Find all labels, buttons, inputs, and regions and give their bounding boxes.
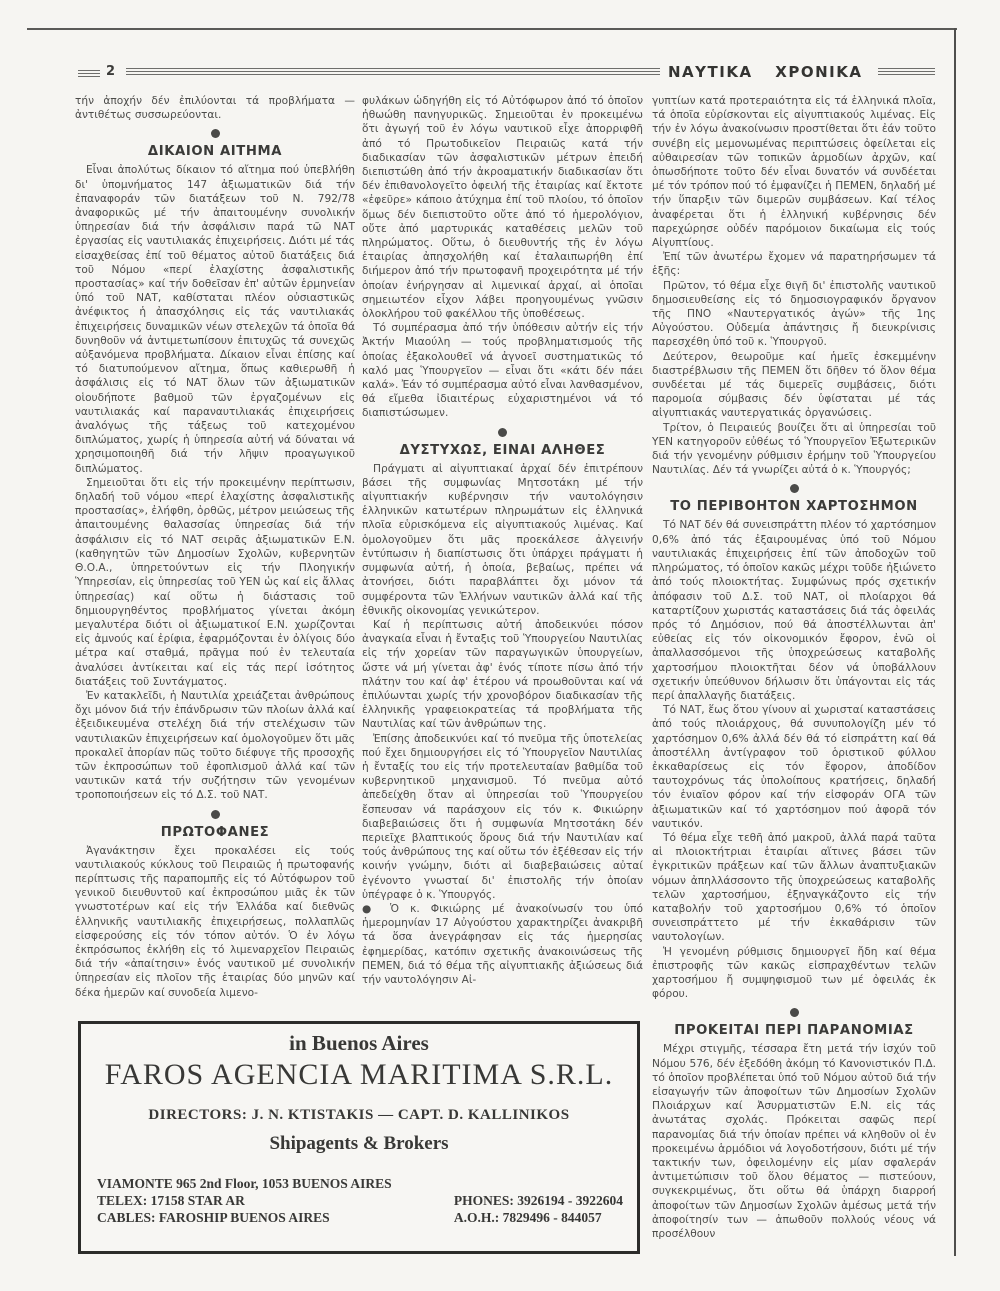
column-3: γυπτίων κατά προτεραιότητα εἰς τά ἑλληνι… [652,94,936,1256]
ad-address: VIAMONTE 965 2nd Floor, 1053 BUENOS AIRE… [97,1175,392,1192]
header-rule-center [126,68,660,77]
page-number: 2 [106,64,115,79]
ad-directors-line: DIRECTORS: J. N. KTISTAKIS — CAPT. D. KA… [81,1107,637,1124]
section-separator-dot [498,428,507,437]
section-title-dystyxos: ΔΥΣΤΥΧΩΣ, ΕΙΝΑΙ ΑΛΗΘΕΣ [362,443,643,459]
header-rule-left [78,70,100,77]
column-2: φυλάκων ὡδηγήθη εἰς τό Αὐτόφωρον ἀπό τό … [362,94,643,1016]
column-1: τήν ἀποχήν δέν ἐπιλύονται τά προβλήματα … [75,94,355,1016]
paragraph: Τό ΝΑΤ δέν θά συνεισπράττη πλέον τό χαρτ… [652,518,936,703]
section-separator-dot [211,129,220,138]
paragraph: Εἶναι ἀπολύτως δίκαιον τό αἴτημα πού ὑπε… [75,163,355,475]
ad-phones: PHONES: 3926194 - 3922604 [454,1192,623,1209]
paragraph: Ἀγανάκτησιν ἔχει προκαλέσει εἰς τούς ναυ… [75,844,355,1000]
paragraph-continuation: γυπτίων κατά προτεραιότητα εἰς τά ἑλληνι… [652,94,936,250]
paragraph: Τρίτον, ὁ Πειραιεύς βουίζει ὅτι αἱ ὑπηρε… [652,421,936,478]
ad-contact-left: VIAMONTE 965 2nd Floor, 1053 BUENOS AIRE… [97,1175,392,1226]
section-title-protofanes: ΠΡΩΤΟΦΑΝΕΣ [75,825,355,841]
page-right-edge-rule [954,28,956,1256]
paragraph-bulleted: ● Ὁ κ. Φικιώρης μέ ἀνακοίνωσίν του ὑπό ἡ… [362,902,643,987]
paragraph: Πράγματι αἱ αἰγυπτιακαί ἀρχαί δέν ἐπιτρέ… [362,462,643,618]
ad-cables: CABLES: FAROSHIP BUENOS AIRES [97,1209,392,1226]
ad-location-line: in Buenos Aires [81,1031,637,1056]
paragraph-continuation: φυλάκων ὡδηγήθη εἰς τό Αὐτόφωρον ἀπό τό … [362,94,643,321]
scanned-newspaper-page: 2 ΝΑΥΤΙΚΑ ΧΡΟΝΙΚΑ τήν ἀποχήν δέν ἐπιλύον… [0,0,1000,1291]
paragraph: Τό θέμα εἶχε τεθῆ ἀπό μακροῦ, ἀλλά παρά … [652,831,936,945]
advertisement-box: in Buenos Aires FAROS AGENCIA MARITIMA S… [78,1021,640,1254]
ad-aoh: A.O.H.: 7829496 - 844057 [454,1209,623,1226]
paragraph: Μέχρι στιγμῆς, τέσσαρα ἔτη μετά τήν ἰσχύ… [652,1042,936,1241]
header-rule-right [878,68,935,77]
ad-tagline: Shipagents & Brokers [81,1133,637,1155]
paragraph: Ἡ γενομένη ρύθμισις δημιουργεῖ ἤδη καί θ… [652,945,936,1002]
ad-company-name: FAROS AGENCIA MARITIMA S.R.L. [81,1058,637,1092]
ad-contact-block: VIAMONTE 965 2nd Floor, 1053 BUENOS AIRE… [81,1175,637,1226]
section-separator-dot [790,1008,799,1017]
paragraph: Ἐπίσης ἀποδεικνύει καί τό πνεῦμα τῆς ὑπο… [362,732,643,902]
ad-contact-right: PHONES: 3926194 - 3922604 A.O.H.: 782949… [454,1192,623,1226]
ad-telex: TELEX: 17158 STAR AR [97,1192,392,1209]
paragraph: Ἐν κατακλεῖδι, ἡ Ναυτιλία χρειάζεται ἀνθ… [75,689,355,803]
page-top-rule [27,28,957,30]
section-title-dikaion-aitima: ΔΙΚΑΙΟΝ ΑΙΤΗΜΑ [75,144,355,160]
section-title-xartosimon: ΤΟ ΠΕΡΙΒΟΗΤΟΝ ΧΑΡΤΟΣΗΜΟΝ [652,499,936,515]
paragraph: Δεύτερον, θεωροῦμε καί ἡμεῖς ἐσκεμμένην … [652,350,936,421]
paragraph: Τό συμπέρασμα ἀπό τήν ὑπόθεσιν αὐτήν εἰς… [362,321,643,420]
section-separator-dot [790,484,799,493]
paragraph: Σημειοῦται ὅτι εἰς τήν προκειμένην περίπ… [75,476,355,689]
paragraph: Ἐπί τῶν ἀνωτέρω ἔχομεν νά παρατηρήσωμεν … [652,250,936,278]
page-header: 2 ΝΑΥΤΙΚΑ ΧΡΟΝΙΚΑ [0,62,1000,88]
paragraph: Πρῶτον, τό θέμα εἶχε θιγῆ δι' ἐπιστολῆς … [652,279,936,350]
paragraph: Καί ἡ περίπτωσις αὐτή ἀποδεικνύει πόσον … [362,618,643,732]
paragraph: Τό ΝΑΤ, ἕως ὅτου γίνουν αἱ χωρισταί κατα… [652,703,936,831]
masthead-title: ΝΑΥΤΙΚΑ ΧΡΟΝΙΚΑ [668,63,862,81]
section-title-paranomias: ΠΡΟΚΕΙΤΑΙ ΠΕΡΙ ΠΑΡΑΝΟΜΙΑΣ [652,1023,936,1039]
paragraph-continuation: τήν ἀποχήν δέν ἐπιλύονται τά προβλήματα … [75,94,355,122]
section-separator-dot [211,810,220,819]
